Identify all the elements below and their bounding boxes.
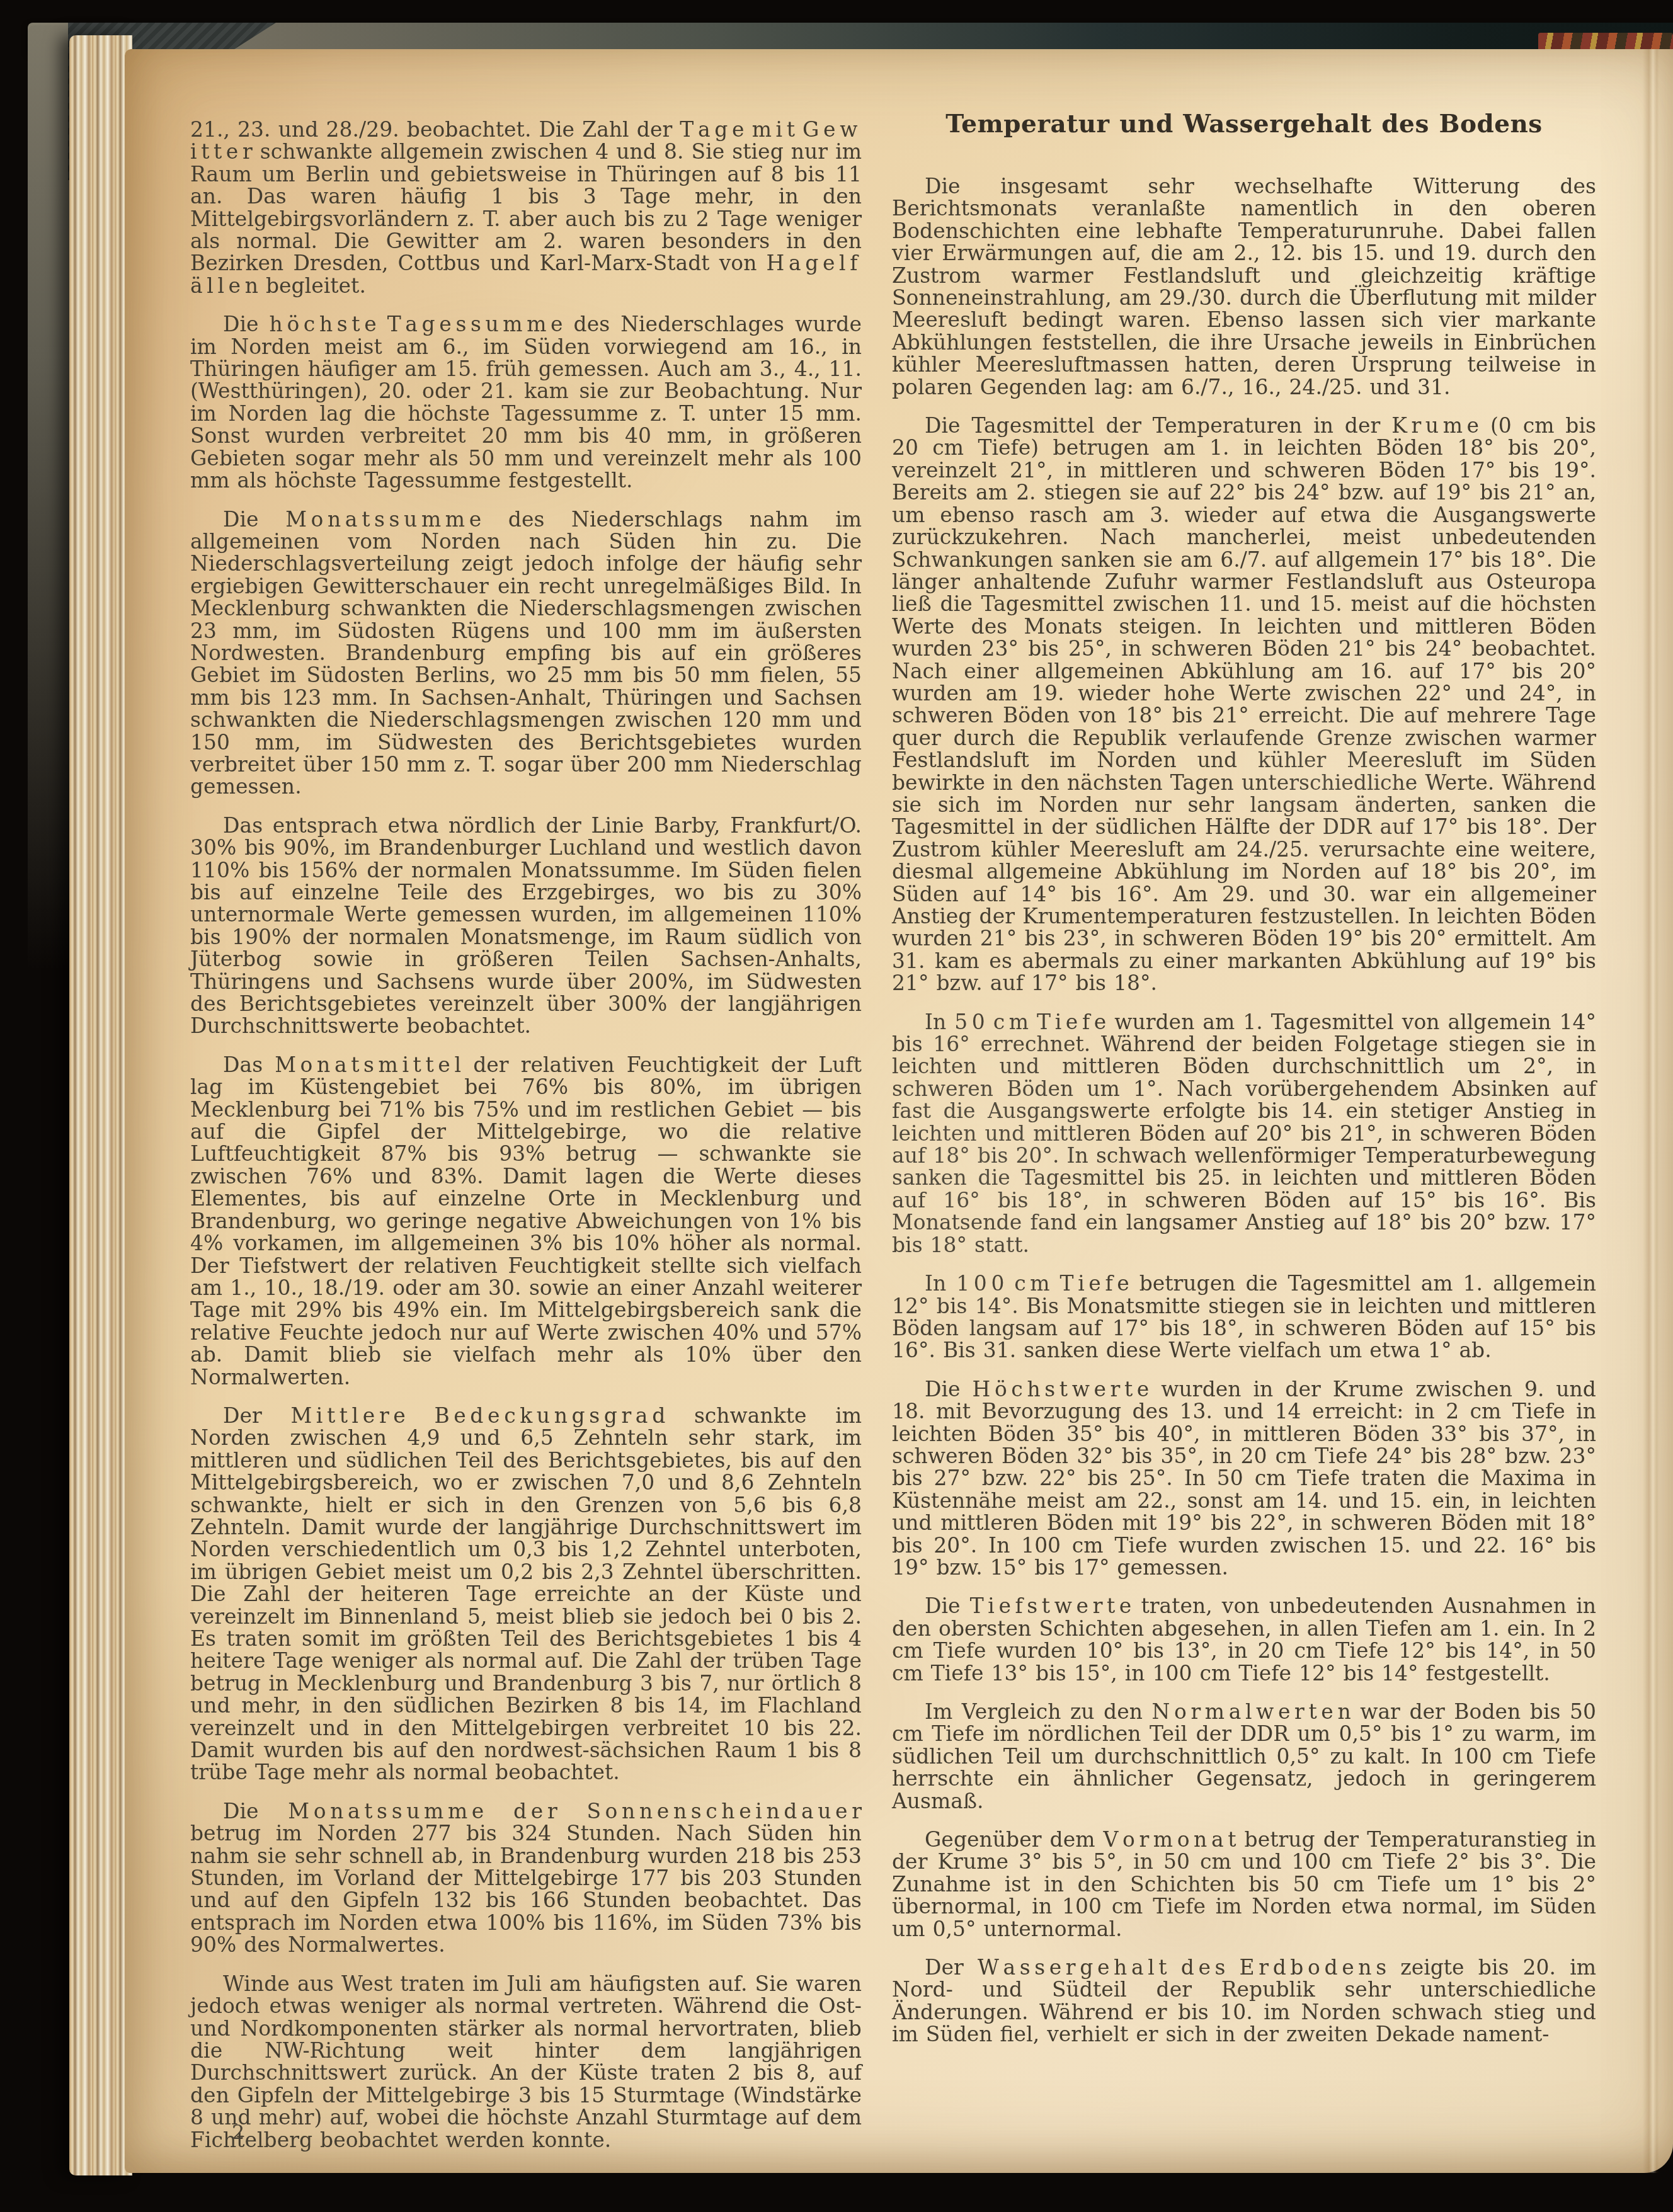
paragraph: 21., 23. und 28./29. beobachtet. Die Zah… [190,118,862,297]
right-column: Temperatur und Wassergehalt des Bodens D… [892,110,1596,2046]
page-number: 2 [232,2120,244,2144]
paragraph: Die Tagesmittel der Temperaturen in der … [892,398,1596,995]
left-column: 21., 23. und 28./29. beobachtet. Die Zah… [190,118,862,2151]
book-cover-edge [28,23,1673,53]
paragraph: Winde aus West traten im Juli am häufigs… [190,1956,862,2151]
paragraph: Das M o n a t s m i t t e l der relative… [190,1037,862,1388]
paragraph: Im Vergleich zu den N o r m a l w e r t … [892,1684,1596,1812]
page-stack-edges [69,35,132,2175]
paragraph: In 1 0 0 c m T i e f e betrugen die Tage… [892,1256,1596,1362]
paragraph: Der W a s s e r g e h a l t d e s E r d … [892,1940,1596,2046]
paragraph: Die M o n a t s s u m m e d e r S o n n … [190,1784,862,1956]
paragraph: Die h ö c h s t e T a g e s s u m m e de… [190,297,862,491]
paragraph: Die M o n a t s s u m m e des Niederschl… [190,492,862,798]
paragraph: Die H ö c h s t w e r t e wurden in der … [892,1362,1596,1579]
page-crease [1643,49,1659,2173]
paragraph: Das entsprach etwa nördlich der Linie Ba… [190,798,862,1037]
book-page: 21., 23. und 28./29. beobachtet. Die Zah… [125,49,1673,2173]
paragraph: Die T i e f s t w e r t e traten, von un… [892,1578,1596,1684]
paragraph: Gegenüber dem V o r m o n a t betrug der… [892,1812,1596,1940]
section-heading: Temperatur und Wassergehalt des Bodens [892,110,1596,139]
paragraph: Der M i t t l e r e B e d e c k u n g s … [190,1388,862,1784]
paragraph: In 5 0 c m T i e f e wurden am 1. Tagesm… [892,995,1596,1256]
paragraph: Die insgesamt sehr wechselhafte Witterun… [892,175,1596,398]
